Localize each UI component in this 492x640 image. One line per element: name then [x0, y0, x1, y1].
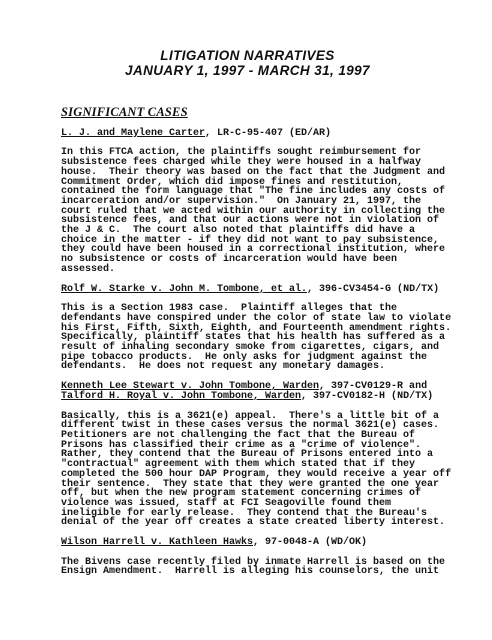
- document-title: LITIGATION NARRATIVES JANUARY 1, 1997 - …: [47, 48, 448, 78]
- case-name: Rolf W. Starke v. John M. Tombone, et al…: [61, 284, 307, 295]
- case-heading-line: L. J. and Maylene Carter, LR-C-95-407 (E…: [61, 129, 448, 139]
- case-number: , 396-CV3454-G (ND/TX): [307, 284, 439, 295]
- cases-list: L. J. and Maylene Carter, LR-C-95-407 (E…: [61, 129, 448, 577]
- case-body: The Bivens case recently filed by inmate…: [61, 558, 448, 577]
- case-block: Kenneth Lee Stewart v. John Tombone, War…: [61, 382, 448, 528]
- case-heading: Rolf W. Starke v. John M. Tombone, et al…: [61, 285, 448, 295]
- case-body: This is a Section 1983 case. Plaintiff a…: [61, 304, 448, 372]
- case-heading-line: Wilson Harrell v. Kathleen Hawks, 97-004…: [61, 538, 448, 548]
- case-number: , LR-C-95-407 (ED/AR): [205, 128, 331, 139]
- section-heading: SIGNIFICANT CASES: [61, 108, 448, 118]
- case-body: In this FTCA action, the plaintiffs soug…: [61, 148, 448, 274]
- case-number: , 397-CV0182-H (ND/TX): [301, 391, 433, 402]
- case-block: L. J. and Maylene Carter, LR-C-95-407 (E…: [61, 129, 448, 275]
- case-block: Rolf W. Starke v. John M. Tombone, et al…: [61, 285, 448, 373]
- case-heading: L. J. and Maylene Carter, LR-C-95-407 (E…: [61, 129, 448, 139]
- case-body: Basically, this is a 3621(e) appeal. The…: [61, 412, 448, 528]
- case-number: , 97-0048-A (WD/OK): [253, 537, 367, 548]
- document-title-line1: LITIGATION NARRATIVES: [47, 48, 448, 63]
- case-heading: Wilson Harrell v. Kathleen Hawks, 97-004…: [61, 538, 448, 548]
- document-page: LITIGATION NARRATIVES JANUARY 1, 1997 - …: [0, 0, 492, 640]
- case-block: Wilson Harrell v. Kathleen Hawks, 97-004…: [61, 538, 448, 577]
- case-name: Wilson Harrell v. Kathleen Hawks: [61, 537, 253, 548]
- case-name: L. J. and Maylene Carter: [61, 128, 205, 139]
- case-heading: Kenneth Lee Stewart v. John Tombone, War…: [61, 382, 448, 401]
- case-heading-line: Talford H. Royal v. John Tombone, Warden…: [61, 392, 448, 402]
- document-title-line2: JANUARY 1, 1997 - MARCH 31, 1997: [47, 63, 448, 78]
- case-heading-line: Rolf W. Starke v. John M. Tombone, et al…: [61, 285, 448, 295]
- case-name: Talford H. Royal v. John Tombone, Warden: [61, 391, 301, 402]
